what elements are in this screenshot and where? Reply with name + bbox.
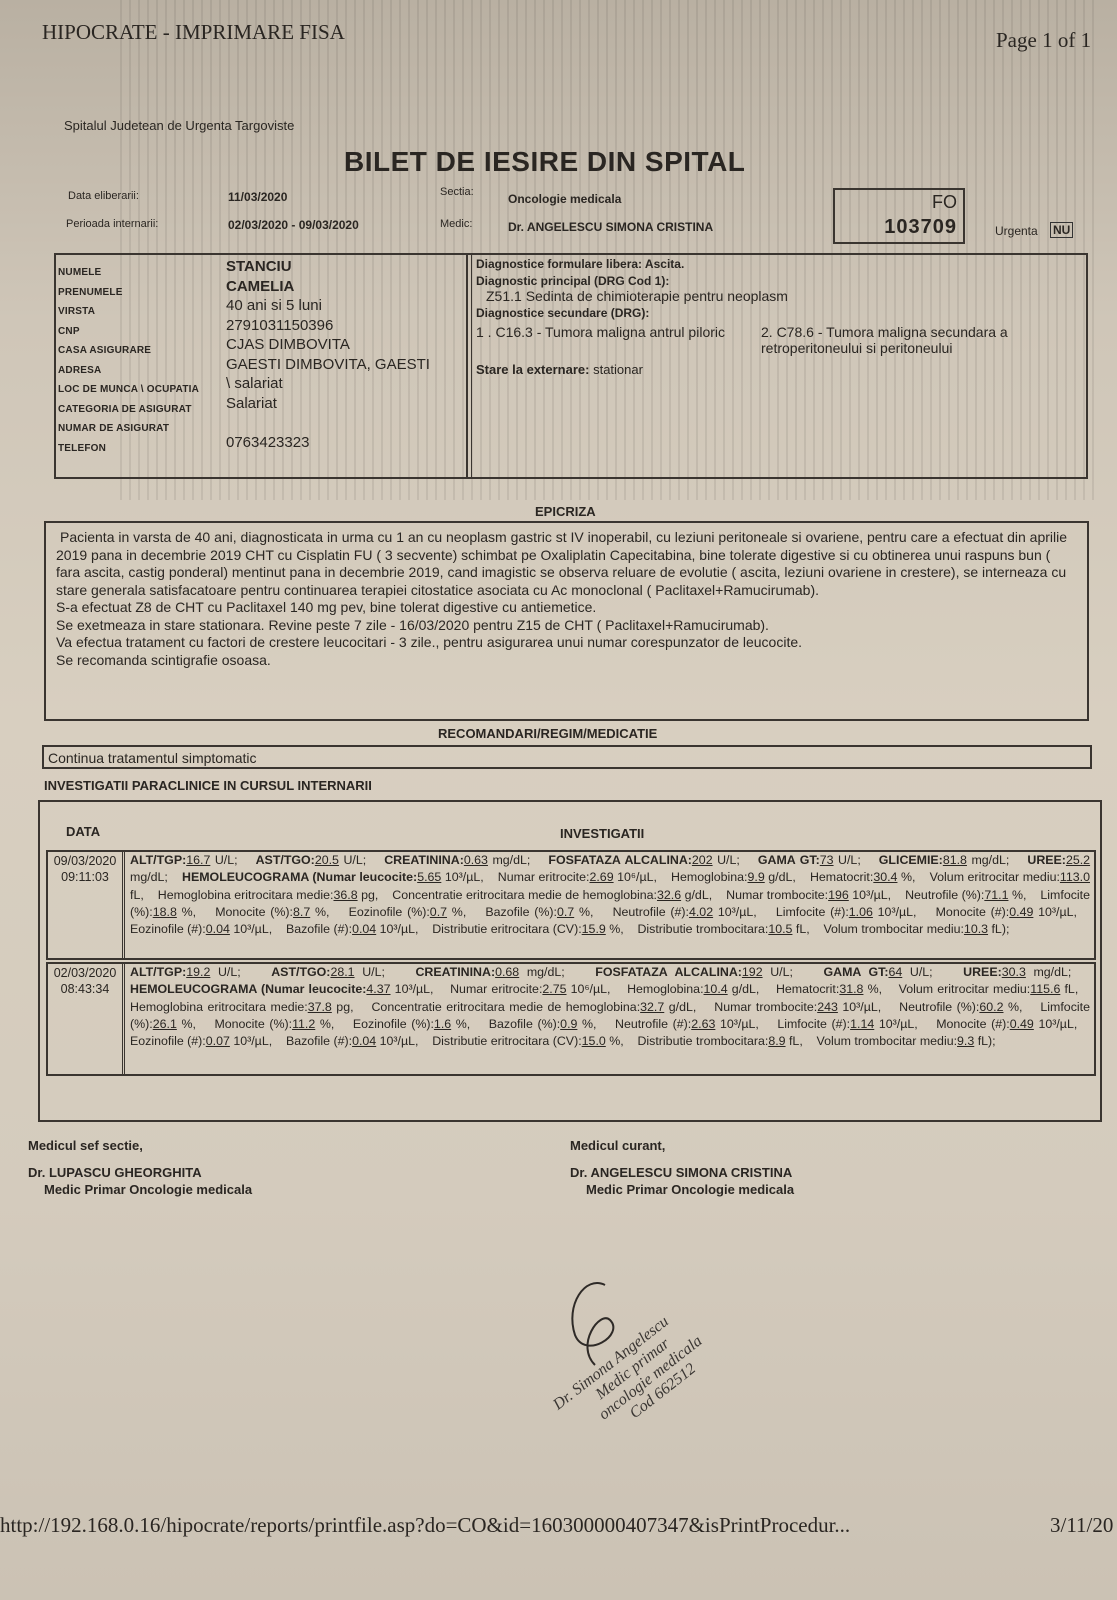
lab-value: 16.7	[186, 853, 210, 867]
lab-value: 4.37	[366, 982, 390, 996]
epicriza-title: EPICRIZA	[535, 504, 596, 519]
patient-labels: NUMELE PRENUMELE VIRSTA CNP CASA ASIGURA…	[58, 263, 218, 458]
physician-label: Medic:	[440, 218, 472, 230]
section-label: Sectia:	[440, 186, 474, 198]
label-adresa: ADRESA	[58, 361, 218, 381]
lab-value: 2.69	[589, 870, 613, 884]
lab-item: Numar eritrocite:2.75 10⁶/µL,	[450, 982, 627, 996]
lab-value: 30.3	[1002, 965, 1026, 979]
lab-row: 09/03/2020 09:11:03 ALT/TGP:16.7 U/L; AS…	[46, 850, 1096, 960]
epicriza-paragraph: Va efectua tratament cu factori de crest…	[56, 634, 1077, 652]
fo-box: FO 103709	[833, 188, 965, 244]
epicriza-paragraph: S-a efectuat Z8 de CHT cu Paclitaxel 140…	[56, 599, 1077, 617]
label-numele: NUMELE	[58, 263, 218, 283]
lab-value: 0.7	[557, 905, 574, 919]
lab-value: 0.04	[352, 1034, 376, 1048]
lab-value: 8.7	[293, 905, 310, 919]
lab-item: Volum eritrocitar mediu:115.6 fL,	[899, 982, 1090, 996]
lab-item: Concentratie eritrocitara medie de hemog…	[392, 888, 726, 902]
patient-age: 40 ani si 5 luni	[226, 296, 466, 316]
label-virsta: VIRSTA	[58, 302, 218, 322]
lab-time: 08:43:34	[48, 981, 122, 997]
lab-value: 81.8	[943, 853, 967, 867]
lab-value: 25.2	[1066, 853, 1090, 867]
lab-value: 113.0	[1060, 870, 1090, 884]
lab-item: FOSFATAZA ALCALINA:192 U/L;	[595, 965, 823, 979]
label-prenumele: PRENUMELE	[58, 283, 218, 303]
lab-item: Limfocite (#):1.14 10³/µL,	[777, 1017, 936, 1031]
secondary-diagnosis-label: Diagnostice secundare (DRG):	[476, 306, 1081, 320]
free-diagnosis: Diagnostice formulare libera: Ascita.	[476, 257, 1081, 271]
label-loc-munca: LOC DE MUNCA \ OCUPATIA	[58, 380, 218, 400]
discharge-state: stationar	[593, 362, 643, 377]
print-header-title: HIPOCRATE - IMPRIMARE FISA	[42, 20, 345, 45]
lab-item: Distributie eritrocitara (CV):15.9 %,	[432, 922, 637, 936]
lab-item: Monocite (%):8.7 %,	[215, 905, 348, 919]
lab-item: Distributie trombocitara:8.9 fL,	[637, 1034, 816, 1048]
lab-item: Numar trombocite:243 10³/µL,	[714, 1000, 899, 1014]
lab-item: Volum trombocitar mediu:9.3 fL);	[817, 1034, 1006, 1048]
lab-value: 18.8	[153, 905, 177, 919]
urgency-value: NU	[1050, 222, 1073, 238]
attending-physician-role: Medic Primar Oncologie medicala	[586, 1182, 794, 1197]
investigations-box: DATA INVESTIGATII 09/03/2020 09:11:03 AL…	[38, 800, 1102, 1122]
diagnosis-section: Diagnostice formulare libera: Ascita. Di…	[476, 255, 1081, 377]
admission-period-label: Perioada internarii:	[66, 218, 158, 230]
lab-value: 1.6	[434, 1017, 451, 1031]
lab-item: UREE:30.3 mg/dL;	[963, 965, 1090, 979]
lab-value: 0.49	[1010, 1017, 1034, 1031]
lab-value: 1.06	[849, 905, 873, 919]
lab-item: Eozinofile (#):0.07 10³/µL,	[130, 1034, 286, 1048]
lab-item: Concentratie eritrocitara medie de hemog…	[371, 1000, 714, 1014]
lab-value: 28.1	[330, 965, 354, 979]
lab-value: 0.04	[352, 922, 376, 936]
lab-value: 19.2	[186, 965, 210, 979]
footer-date: 3/11/20	[1050, 1513, 1113, 1538]
lab-value: 9.3	[957, 1034, 974, 1048]
lab-value: 10.4	[704, 982, 728, 996]
recommendations-text: Continua tratamentul simptomatic	[42, 745, 1092, 769]
lab-value: 15.0	[582, 1034, 606, 1048]
label-casa-asigurare: CASA ASIGURARE	[58, 341, 218, 361]
lab-value: 64	[888, 965, 902, 979]
section-value: Oncologie medicala	[508, 192, 621, 206]
epicriza-box: Pacienta in varsta de 40 ani, diagnostic…	[44, 521, 1089, 721]
lab-value: 192	[742, 965, 763, 979]
lab-value: 202	[692, 853, 713, 867]
lab-item: Bazofile (%):0.9 %,	[489, 1017, 615, 1031]
lab-item: Numar trombocite:196 10³/µL,	[726, 888, 905, 902]
lab-value: 11.2	[292, 1017, 315, 1031]
discharge-state-label: Stare la externare:	[476, 362, 589, 377]
patient-insured-number	[226, 413, 466, 433]
lab-value: 0.07	[206, 1034, 230, 1048]
patient-cnp: 2791031150396	[226, 316, 466, 336]
lab-item: GAMA GT:73 U/L;	[758, 853, 879, 867]
lab-item: Bazofile (#):0.04 10³/µL,	[286, 1034, 432, 1048]
lab-item: Eozinofile (%):1.6 %,	[353, 1017, 489, 1031]
lab-date: 09/03/2020	[48, 853, 122, 869]
lab-results: ALT/TGP:19.2 U/L; AST/TGO:28.1 U/L; CREA…	[130, 964, 1090, 1050]
lab-item: HEMOLEUCOGRAMA (Numar leucocite:5.65 10³…	[182, 870, 498, 884]
lab-value: 0.68	[495, 965, 519, 979]
lab-value: 243	[817, 1000, 838, 1014]
lab-date-cell: 02/03/2020 08:43:34	[48, 964, 125, 1075]
lab-value: 115.6	[1030, 982, 1060, 996]
lab-item: Neutrofile (%):60.2 %,	[899, 1000, 1040, 1014]
lab-date: 02/03/2020	[48, 965, 122, 981]
fo-number: 103709	[884, 216, 957, 239]
attending-physician-name: Dr. ANGELESCU SIMONA CRISTINA	[570, 1165, 792, 1180]
lab-value: 0.7	[430, 905, 447, 919]
lab-value: 32.6	[657, 888, 681, 902]
lab-item: Hemoglobina eritrocitara medie:37.8 pg,	[130, 1000, 371, 1014]
patient-last-name: STANCIU	[226, 257, 466, 277]
secondary-diagnosis-2: 2. C78.6 - Tumora maligna secundara a re…	[761, 324, 1061, 356]
epicriza-paragraph: Se exetmeaza in stare stationara. Revine…	[56, 617, 1077, 635]
signature-icon	[555, 1265, 665, 1375]
lab-value: 15.9	[582, 922, 606, 936]
investigations-title: INVESTIGATII PARACLINICE IN CURSUL INTER…	[44, 778, 372, 793]
lab-item: Hematocrit:31.8 %,	[776, 982, 899, 996]
lab-value: 10.5	[768, 922, 792, 936]
lab-item: Hematocrit:30.4 %,	[810, 870, 930, 884]
lab-value: 0.9	[560, 1017, 577, 1031]
document-title: BILET DE IESIRE DIN SPITAL	[344, 146, 745, 178]
patient-insurance-house: CJAS DIMBOVITA	[226, 335, 466, 355]
lab-item: Monocite (%):11.2 %,	[214, 1017, 352, 1031]
label-cnp: CNP	[58, 322, 218, 342]
head-of-department-title: Medicul sef sectie,	[28, 1138, 143, 1153]
patient-divider	[466, 255, 472, 477]
lab-item: Eozinofile (%):0.7 %,	[349, 905, 486, 919]
lab-value: 8.9	[768, 1034, 785, 1048]
lab-item: Neutrofile (%):71.1 %,	[905, 888, 1040, 902]
label-numar-asigurat: NUMAR DE ASIGURAT	[58, 419, 218, 439]
lab-value: 73	[820, 853, 834, 867]
admission-period: 02/03/2020 - 09/03/2020	[228, 218, 359, 232]
lab-item: Distributie trombocitara:10.5 fL,	[637, 922, 823, 936]
lab-value: 2.75	[542, 982, 566, 996]
lab-item: FOSFATAZA ALCALINA:202 U/L;	[548, 853, 757, 867]
head-of-department-role: Medic Primar Oncologie medicala	[44, 1182, 252, 1197]
fo-label: FO	[932, 192, 957, 213]
lab-item: HEMOLEUCOGRAMA (Numar leucocite:4.37 10³…	[130, 982, 450, 996]
epicriza-paragraph: Se recomanda scintigrafie osoasa.	[56, 652, 1077, 670]
lab-value: 20.5	[315, 853, 339, 867]
main-diagnosis-label: Diagnostic principal (DRG Cod 1):	[476, 274, 1081, 288]
lab-value: 5.65	[417, 870, 441, 884]
lab-value: 0.49	[1009, 905, 1033, 919]
label-categoria: CATEGORIA DE ASIGURAT	[58, 400, 218, 420]
patient-first-name: CAMELIA	[226, 277, 466, 297]
lab-item: Hemoglobina:9.9 g/dL,	[671, 870, 810, 884]
epicriza-paragraph: Pacienta in varsta de 40 ani, diagnostic…	[56, 529, 1077, 599]
lab-item: AST/TGO:28.1 U/L;	[271, 965, 415, 979]
recommendations-title: RECOMANDARI/REGIM/MEDICATIE	[438, 726, 657, 741]
lab-item: GAMA GT:64 U/L;	[823, 965, 963, 979]
lab-value: 9.9	[748, 870, 765, 884]
lab-item: Bazofile (%):0.7 %,	[485, 905, 612, 919]
main-diagnosis: Z51.1 Sedinta de chimioterapie pentru ne…	[486, 288, 1081, 304]
lab-item: CREATININA:0.68 mg/dL;	[415, 965, 595, 979]
lab-value: 0.63	[464, 853, 488, 867]
urgency-label: Urgenta	[995, 224, 1038, 238]
patient-info-box: NUMELE PRENUMELE VIRSTA CNP CASA ASIGURA…	[54, 253, 1088, 479]
patient-address: GAESTI DIMBOVITA, GAESTI	[226, 355, 466, 375]
issue-date-label: Data eliberarii:	[68, 190, 139, 202]
lab-item: Monocite (#):0.49 10³/µL,	[936, 905, 1090, 919]
lab-value: 31.8	[839, 982, 863, 996]
lab-item: ALT/TGP:19.2 U/L;	[130, 965, 271, 979]
lab-item: GLICEMIE:81.8 mg/dL;	[879, 853, 1028, 867]
patient-phone: 0763423323	[226, 433, 466, 453]
lab-results: ALT/TGP:16.7 U/L; AST/TGO:20.5 U/L; CREA…	[130, 852, 1090, 938]
lab-value: 71.1	[984, 888, 1008, 902]
lab-value: 60.2	[979, 1000, 1003, 1014]
patient-values: STANCIU CAMELIA 40 ani si 5 luni 2791031…	[226, 257, 466, 452]
patient-insured-category: Salariat	[226, 394, 466, 414]
lab-item: Limfocite (#):1.06 10³/µL,	[776, 905, 936, 919]
lab-item: Numar eritrocite:2.69 10⁶/µL,	[498, 870, 671, 884]
col-header-investigations: INVESTIGATII	[560, 826, 644, 841]
secondary-diagnosis-1: 1 . C16.3 - Tumora maligna antrul pilori…	[476, 324, 761, 356]
lab-item: Hemoglobina eritrocitara medie:36.8 pg,	[158, 888, 393, 902]
col-header-date: DATA	[66, 824, 100, 839]
hospital-name: Spitalul Judetean de Urgenta Targoviste	[64, 118, 294, 133]
lab-value: 30.4	[873, 870, 897, 884]
lab-value: 26.1	[153, 1017, 177, 1031]
label-telefon: TELEFON	[58, 439, 218, 459]
head-of-department-name: Dr. LUPASCU GHEORGHITA	[28, 1165, 202, 1180]
lab-item: CREATININA:0.63 mg/dL;	[384, 853, 548, 867]
physician-value: Dr. ANGELESCU SIMONA CRISTINA	[508, 220, 713, 234]
lab-value: 10.3	[964, 922, 988, 936]
lab-value: 4.02	[689, 905, 713, 919]
lab-time: 09:11:03	[48, 869, 122, 885]
issue-date: 11/03/2020	[228, 190, 287, 204]
lab-item: AST/TGO:20.5 U/L;	[256, 853, 385, 867]
patient-occupation: \ salariat	[226, 374, 466, 394]
lab-value: 37.8	[308, 1000, 332, 1014]
lab-item: Distributie eritrocitara (CV):15.0 %,	[432, 1034, 637, 1048]
lab-value: 0.04	[206, 922, 230, 936]
page-indicator: Page 1 of 1	[996, 28, 1091, 53]
lab-item: Neutrofile (#):2.63 10³/µL,	[615, 1017, 777, 1031]
lab-value: 196	[828, 888, 849, 902]
lab-item: Hemoglobina:10.4 g/dL,	[627, 982, 776, 996]
footer-url: http://192.168.0.16/hipocrate/reports/pr…	[0, 1513, 850, 1538]
lab-item: Eozinofile (#):0.04 10³/µL,	[130, 922, 286, 936]
lab-date-cell: 09/03/2020 09:11:03	[48, 852, 125, 959]
lab-value: 1.14	[850, 1017, 874, 1031]
attending-physician-title: Medicul curant,	[570, 1138, 665, 1153]
lab-item: ALT/TGP:16.7 U/L;	[130, 853, 256, 867]
lab-item: Neutrofile (#):4.02 10³/µL,	[613, 905, 776, 919]
lab-value: 36.8	[333, 888, 357, 902]
lab-value: 2.63	[691, 1017, 715, 1031]
lab-item: Monocite (#):0.49 10³/µL,	[936, 1017, 1090, 1031]
lab-row: 02/03/2020 08:43:34 ALT/TGP:19.2 U/L; AS…	[46, 962, 1096, 1076]
lab-value: 32.7	[640, 1000, 664, 1014]
lab-item: Bazofile (#):0.04 10³/µL,	[286, 922, 432, 936]
lab-item: Volum trombocitar mediu:10.3 fL);	[823, 922, 1019, 936]
